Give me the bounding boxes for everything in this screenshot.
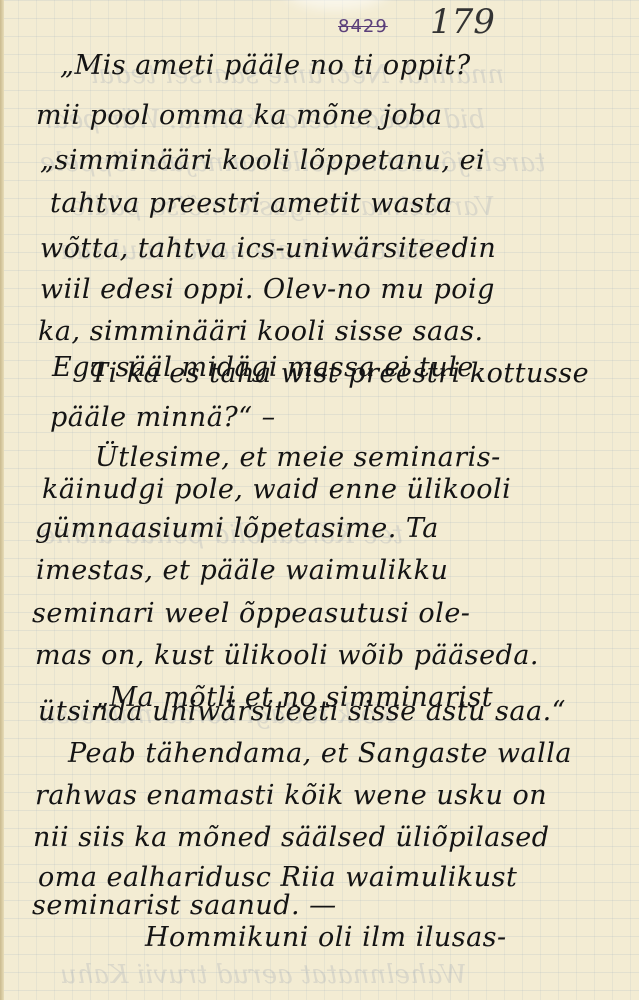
manuscript-line: Hommikuni oli ilm ilusas- (145, 922, 507, 953)
manuscript-line: pääle minnä?“ – (50, 402, 276, 433)
manuscript-line: Ti ka es taha wist preestri kottusse (90, 358, 589, 389)
line-part: Peab tähendama, et Sangaste walla (68, 738, 572, 769)
folio-number: 179 (430, 2, 495, 42)
manuscript-line: rahwas enamasti kõik wene usku on (35, 780, 547, 811)
manuscript-line: seminarist saanud. — (32, 890, 337, 921)
manuscript-line: mas on, kust ülikooli wõib pääseda. (35, 640, 539, 671)
manuscript-line: gümnaasiumi lõpetasime. Ta (35, 513, 439, 544)
manuscript-line: tahtva preestri ametit wasta (50, 188, 453, 219)
archive-stamp-number: 8429 (338, 16, 388, 37)
manuscript-line: mii pool omma ka mõne joba (36, 100, 442, 131)
bleed-through-text: Wahelnnatat aerud truvii Kahu (60, 960, 467, 990)
manuscript-page: nnannd. Necrüme saarsel tedal bid mõõde … (0, 0, 639, 1000)
manuscript-line: Ütlesime, et meie seminaris- (95, 442, 501, 473)
manuscript-line: oma ealharidusc Riia waimulikust (38, 862, 517, 893)
manuscript-line: wiil edesi oppi. Olev-no mu poig (40, 274, 495, 305)
manuscript-line: „simminääri kooli lõppetanu, ei (40, 145, 485, 176)
manuscript-line: käinudgi pole, waid enne ülikooli (42, 474, 511, 505)
manuscript-line: wõtta, tahtva ics-uniwärsiteedin (40, 233, 496, 264)
manuscript-line: „Mis ameti pääle no ti oppit? (60, 50, 471, 81)
manuscript-line: ka, simminääri kooli sisse saas. (38, 316, 484, 347)
manuscript-line: seminari weel õppeasutusi ole- (32, 598, 470, 629)
manuscript-line: ütsinda uniwärsiteeti sisse astu saa.“ (38, 696, 566, 727)
manuscript-line: imestas, et pääle waimulikku (36, 555, 448, 586)
manuscript-line: Peab tähendama, et Sangaste walla (68, 738, 572, 769)
manuscript-line: nii siis ka mõned säälsed üliõpilased (33, 822, 550, 853)
